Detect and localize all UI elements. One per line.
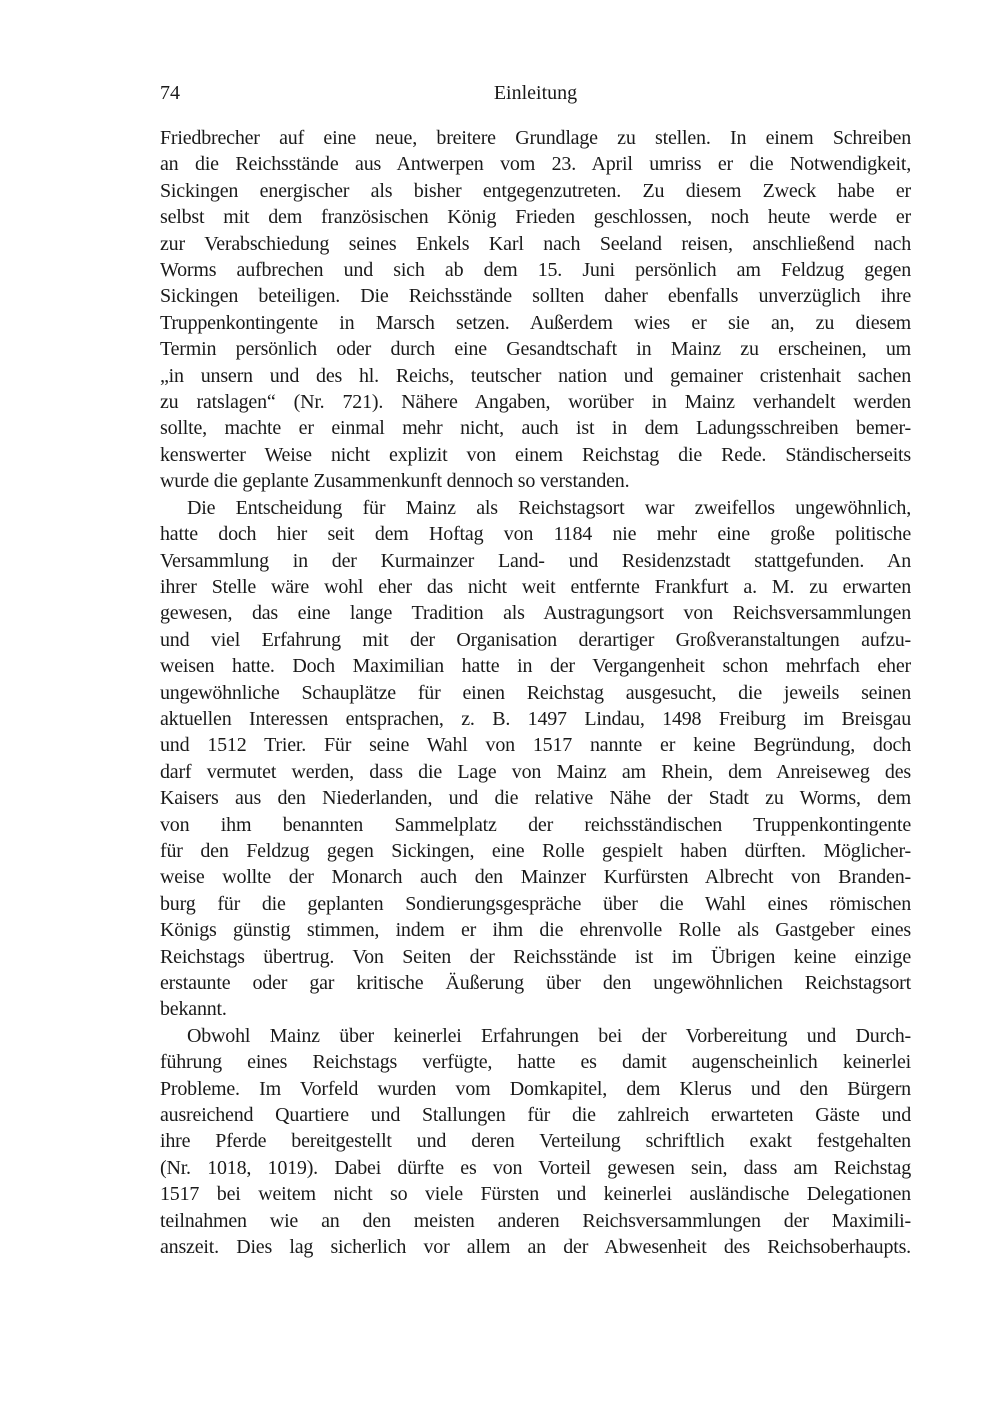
text-line: Truppenkontingente in Marsch setzen. Auß… (160, 310, 911, 336)
page-header: 74 Einleitung (160, 80, 911, 106)
text-line: Königs günstig stimmen, indem er ihm die… (160, 917, 911, 943)
text-line: weise wollte der Monarch auch den Mainze… (160, 864, 911, 890)
text-line: führung eines Reichstags verfügte, hatte… (160, 1049, 911, 1075)
text-line: (Nr. 1018, 1019). Dabei dürfte es von Vo… (160, 1155, 911, 1181)
text-line: ihre Pferde bereitgestellt und deren Ver… (160, 1128, 911, 1154)
text-line: Worms aufbrechen und sich ab dem 15. Jun… (160, 257, 911, 283)
text-line: ausreichend Quartiere und Stallungen für… (160, 1102, 911, 1128)
text-line: für den Feldzug gegen Sickingen, eine Ro… (160, 838, 911, 864)
text-line: bekannt. (160, 996, 911, 1022)
text-line: gewesen, das eine lange Tradition als Au… (160, 600, 911, 626)
text-line: burg für die geplanten Sondierungsgesprä… (160, 891, 911, 917)
text-line: selbst mit dem französischen König Fried… (160, 204, 911, 230)
text-line: hatte doch hier seit dem Hoftag von 1184… (160, 521, 911, 547)
text-line: erstaunte oder gar kritische Äußerung üb… (160, 970, 911, 996)
text-line: 1517 bei weitem nicht so viele Fürsten u… (160, 1181, 911, 1207)
text-line: wurde die geplante Zusammenkunft dennoch… (160, 468, 911, 494)
text-line: „in unsern und des hl. Reichs, teutscher… (160, 363, 911, 389)
page-number: 74 (160, 80, 180, 106)
text-line: anszeit. Dies lag sicherlich vor allem a… (160, 1234, 911, 1260)
text-line: weisen hatte. Doch Maximilian hatte in d… (160, 653, 911, 679)
paragraph: Friedbrecher auf eine neue, breitere Gru… (160, 125, 911, 495)
text-line: Die Entscheidung für Mainz als Reichstag… (160, 495, 911, 521)
text-line: Probleme. Im Vorfeld wurden vom Domkapit… (160, 1076, 911, 1102)
text-line: Kaisers aus den Niederlanden, und die re… (160, 785, 911, 811)
text-line: zu ratslagen“ (Nr. 721). Nähere Angaben,… (160, 389, 911, 415)
text-line: Sickingen energischer als bisher entgege… (160, 178, 911, 204)
text-line: und 1512 Trier. Für seine Wahl von 1517 … (160, 732, 911, 758)
text-line: Versammlung in der Kurmainzer Land- und … (160, 548, 911, 574)
text-line: Termin persönlich oder durch eine Gesand… (160, 336, 911, 362)
running-head: Einleitung (160, 80, 911, 106)
text-body: Friedbrecher auf eine neue, breitere Gru… (160, 125, 911, 1260)
paragraph: Obwohl Mainz über keinerlei Erfahrungen … (160, 1023, 911, 1261)
text-line: von ihm benannten Sammelplatz der reichs… (160, 812, 911, 838)
text-line: sollte, machte er einmal mehr nicht, auc… (160, 415, 911, 441)
text-line: ihrer Stelle wäre wohl eher das nicht we… (160, 574, 911, 600)
text-line: Friedbrecher auf eine neue, breitere Gru… (160, 125, 911, 151)
book-page: 74 Einleitung Friedbrecher auf eine neue… (0, 0, 1004, 1418)
text-line: Obwohl Mainz über keinerlei Erfahrungen … (160, 1023, 911, 1049)
text-line: Sickingen beteiligen. Die Reichsstände s… (160, 283, 911, 309)
text-line: teilnahmen wie an den meisten anderen Re… (160, 1208, 911, 1234)
text-line: darf vermutet werden, dass die Lage von … (160, 759, 911, 785)
text-line: und viel Erfahrung mit der Organisation … (160, 627, 911, 653)
text-line: Reichstags übertrug. Von Seiten der Reic… (160, 944, 911, 970)
text-line: aktuellen Interessen entsprachen, z. B. … (160, 706, 911, 732)
text-line: ungewöhnliche Schauplätze für einen Reic… (160, 680, 911, 706)
text-line: kenswerter Weise nicht explizit von eine… (160, 442, 911, 468)
paragraph: Die Entscheidung für Mainz als Reichstag… (160, 495, 911, 1023)
text-line: an die Reichsstände aus Antwerpen vom 23… (160, 151, 911, 177)
text-line: zur Verabschiedung seines Enkels Karl na… (160, 231, 911, 257)
